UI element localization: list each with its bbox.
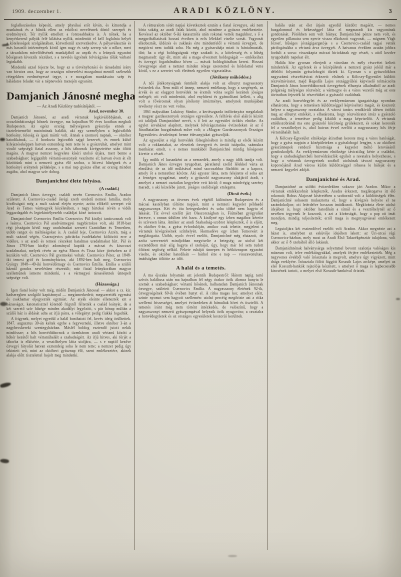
margin-ink-smudge (0, 302, 7, 306)
subheading-glory-years: (Dicső évek.) (139, 191, 252, 196)
article-paragraph: A rémuralom sötét napjai következtek ezu… (139, 23, 264, 73)
columns: foglalkozásokra képesíti, amely physikai… (3, 21, 399, 548)
carryover-paragraph: foglalkozásokra képesíti, amely physikai… (7, 23, 132, 64)
newspaper-page: 1909. deczember 1. ARADI KÖZLÖNY. 3 fogl… (0, 0, 401, 577)
article-paragraph: A női jótékonyságnak fennkölt alakja vol… (139, 81, 264, 108)
column-left: foglalkozásokra képesíti, amely physikai… (3, 21, 135, 550)
article-paragraph: Igen fiatal leány volt még, midőn Damjan… (7, 288, 132, 315)
section-heading-arad: Damjanichné és Arad. (271, 177, 396, 183)
article-paragraph: A Kölcsey-Egyesület elnöksége átiratban … (271, 136, 396, 172)
article-paragraph: Halála híre gyorsan elterjedt a városban… (271, 61, 396, 97)
section-heading-death: A halál és a temetés. (139, 266, 264, 272)
subheading-charity: (Jótékony működése.) (139, 75, 252, 80)
article-paragraph: A frigynek, melyet egyedül a halál bonth… (7, 317, 132, 358)
page-number: 3 (389, 8, 392, 15)
paper-stain (228, 555, 237, 557)
article-paragraph: A nagyasszony az ötvenes évek végétől kü… (139, 197, 264, 261)
subheading-marriage: (Házassága.) (7, 282, 120, 287)
masthead-title: ARADI KÖZLÖNY. (174, 6, 277, 15)
issue-date: 1909. deczember 1. (12, 9, 61, 15)
column-middle: A rémuralom sötét napjai következtek ezu… (135, 21, 267, 550)
article-paragraph: 1861 májusában Lukácsy Sándor, a kertész… (139, 110, 264, 137)
margin-ink-smudge (0, 458, 9, 463)
article-paragraph: Damjanich János özvegye, családi nevén C… (7, 192, 132, 215)
article-paragraph: Legutoljára két esztendővel ezelőtt volt… (271, 226, 396, 244)
margin-ink-smudge (396, 298, 400, 300)
article-paragraph: Így múlik el lassanként az a nemzedék, a… (139, 158, 264, 190)
article-dateline: Arad, november 30. (7, 109, 125, 114)
text-sheet: foglalkozásokra képesíti, amely physikai… (3, 21, 399, 548)
page-header: 1909. deczember 1. ARADI KÖZLÖNY. 3 (12, 6, 392, 15)
article-paragraph: A ma éjszaka folyamán azt jelentik Budap… (139, 273, 264, 318)
column-right: halála után az élet útjain egyedül küzdö… (267, 21, 399, 550)
article-paragraph: Damjanichnénak halványsárga selyemmel be… (271, 246, 396, 273)
article-paragraph: Damjanich Jánosné, az aradi vértanuk leg… (7, 115, 132, 174)
section-heading-life: Damjanichné élete folyása. (7, 178, 132, 184)
header-rule (4, 19, 397, 20)
article-byline: — Az Aradi Közlöny tudósítójától. — (7, 104, 132, 109)
article-paragraph: Az aradi honvédegylet és az ereklyemúzeu… (271, 98, 396, 134)
article-paragraph: Damjanichné az utóbbi évtizedekben soksz… (271, 184, 396, 225)
article-paragraph: Az egyesület a régi honvédek fölsegítésé… (139, 138, 264, 156)
article-paragraph: halála után az élet útjain egyedül küzdö… (271, 23, 396, 59)
article-headline: Damjanich Jánosné meghalt. (7, 90, 132, 102)
article-paragraph: Damjanichné Csernovics Emília Csernovics… (7, 216, 132, 280)
subheading-family: (A család.) (7, 186, 120, 191)
carryover-paragraph: Mindenki azzal fejezte be, hogy az a tör… (7, 65, 132, 83)
